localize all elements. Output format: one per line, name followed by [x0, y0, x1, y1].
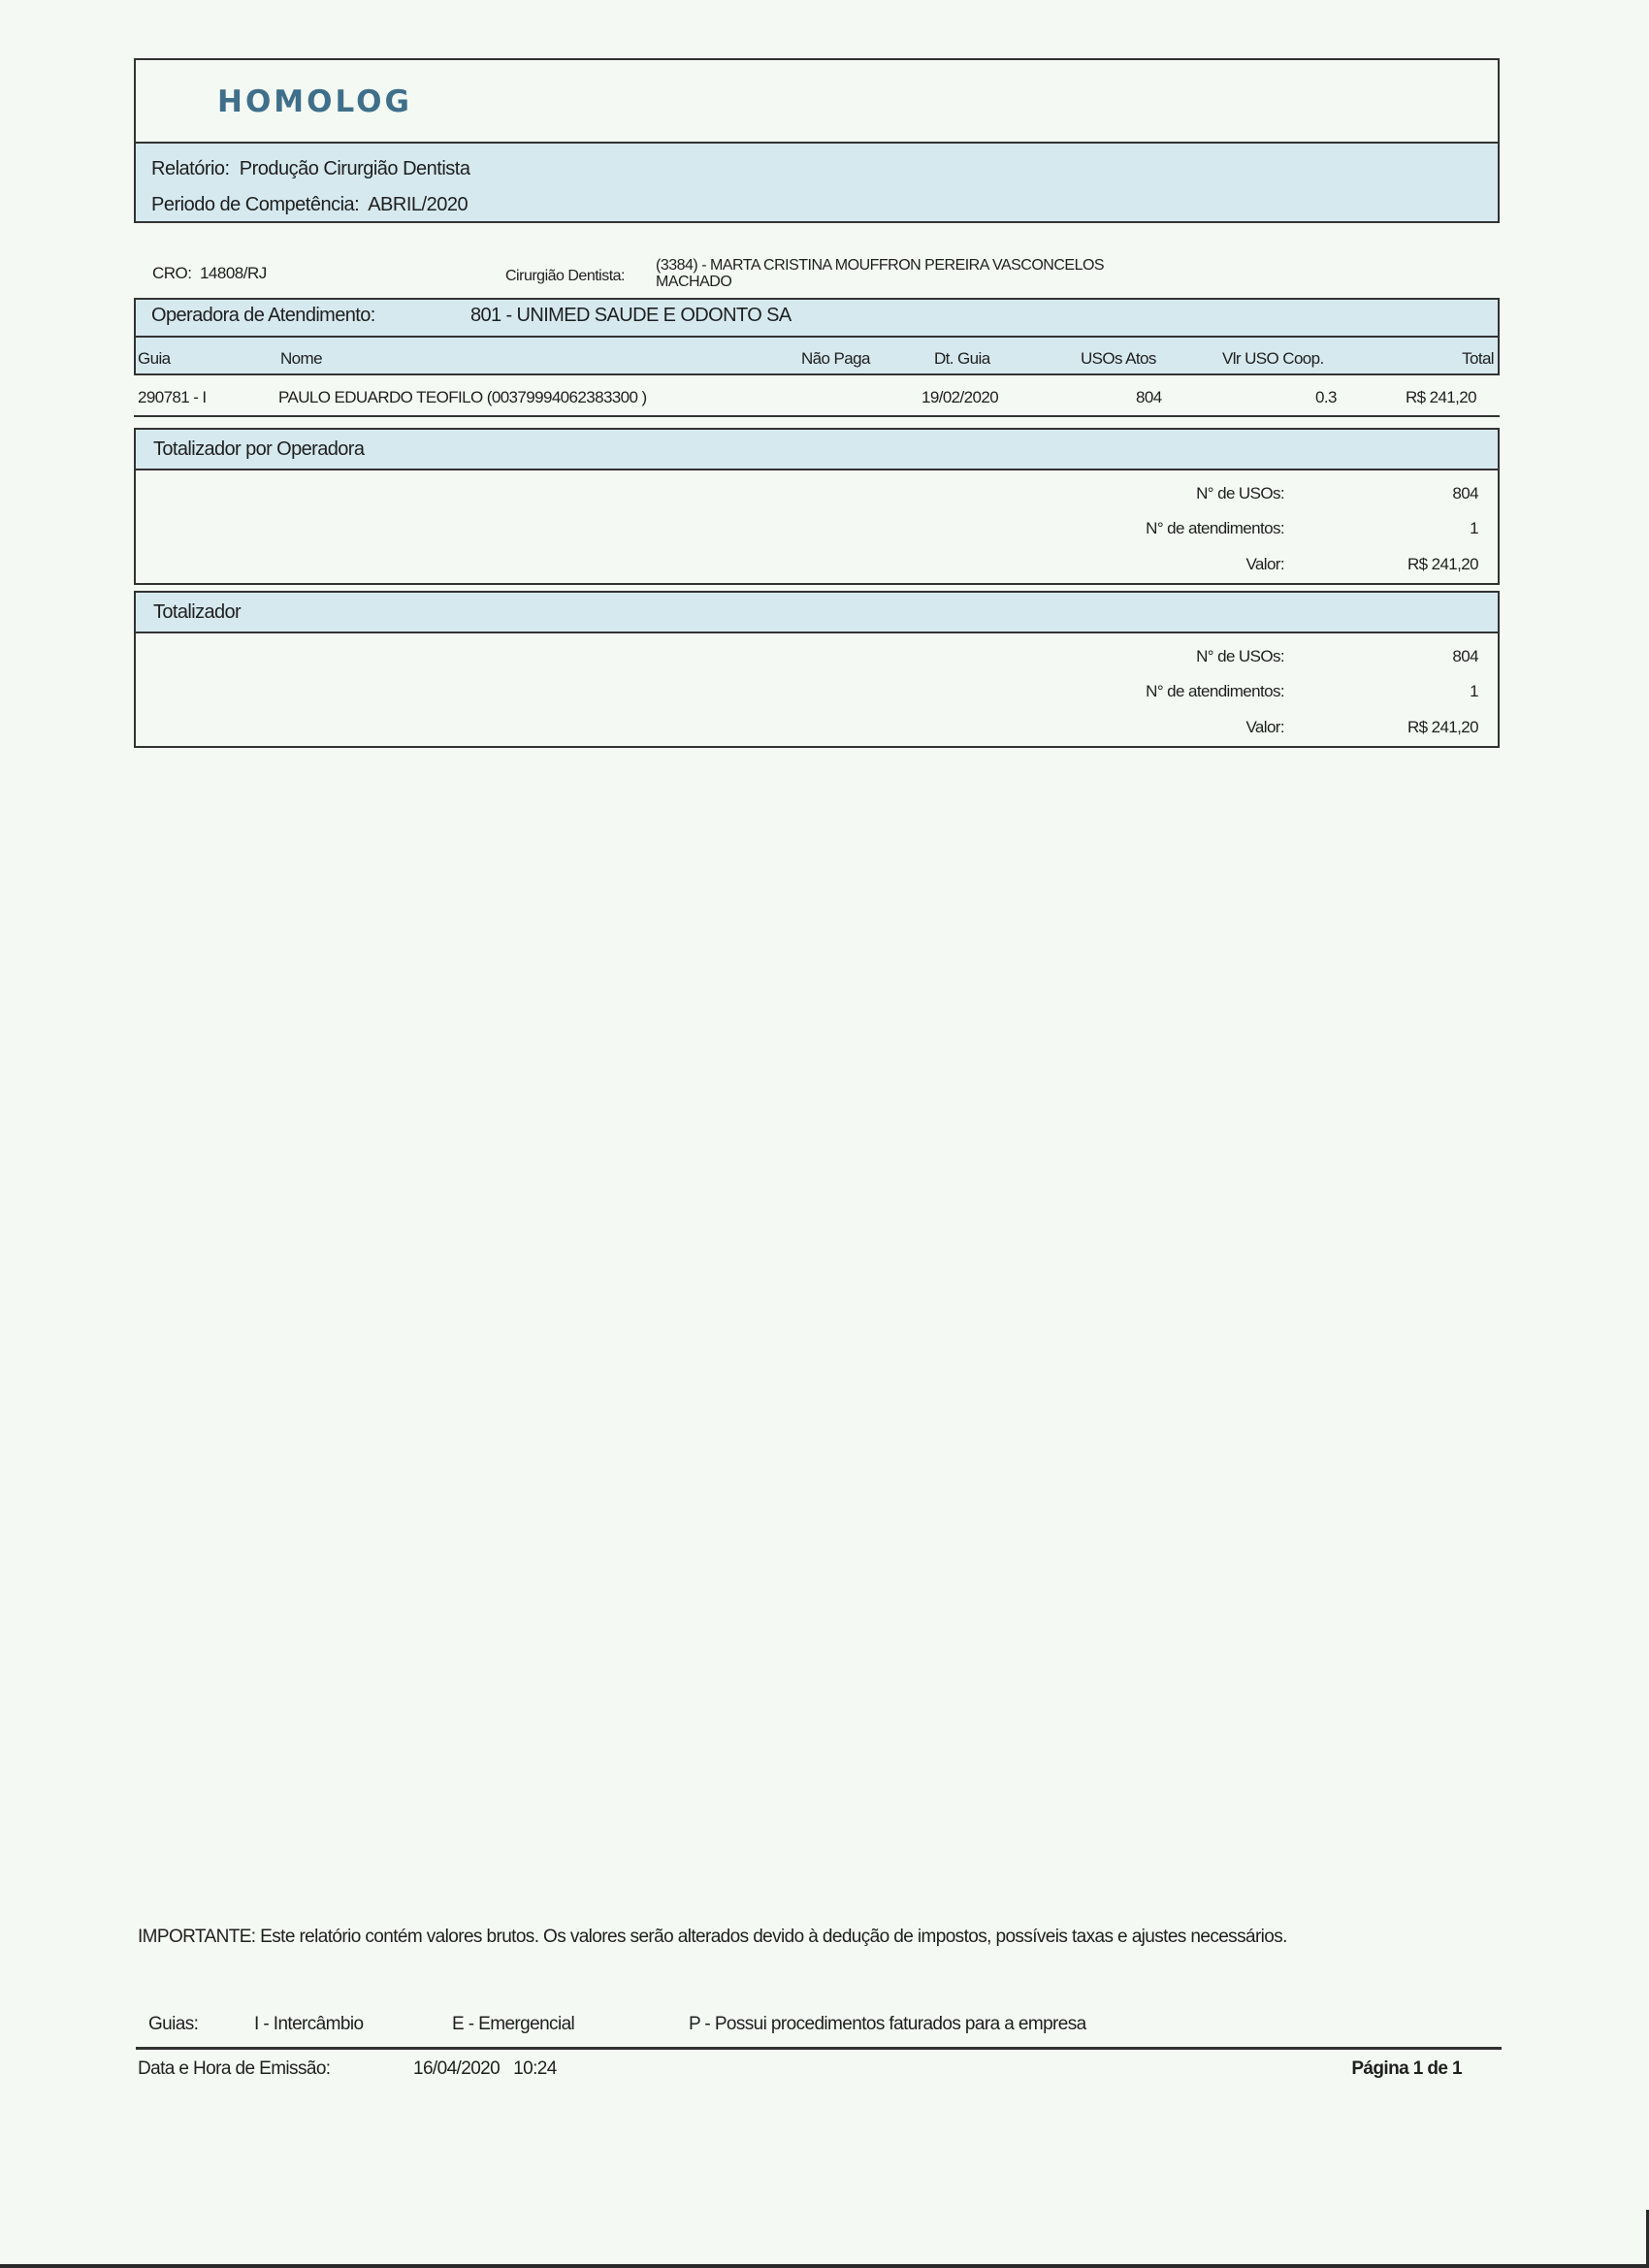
page-number: Página 1 de 1: [1351, 2058, 1462, 2080]
cro-label: CRO:: [152, 264, 192, 282]
totalizador-operadora-title: Totalizador por Operadora: [153, 438, 364, 461]
important-note: IMPORTANTE: Este relatório contém valore…: [138, 1926, 1428, 1949]
cell-usos-atos: 804: [1136, 388, 1162, 407]
report-title: Relatório: Produção Cirurgião Dentista: [151, 158, 469, 180]
dentist-name-line2: MACHADO: [656, 274, 1104, 290]
atendimentos-label: N° de atendimentos:: [1146, 682, 1284, 701]
scan-edge: [0, 2264, 1649, 2268]
totalizador-operadora: Totalizador por Operadora N° de USOs: 80…: [134, 428, 1500, 585]
usos-value: 804: [1452, 484, 1478, 503]
dentist-name-line1: (3384) - MARTA CRISTINA MOUFFRON PEREIRA…: [656, 257, 1104, 274]
legend-label: Guias:: [148, 2014, 198, 2035]
valor-label: Valor:: [1245, 718, 1284, 737]
homolog-logo: HOMOLOG: [217, 84, 412, 119]
operadora-table: Operadora de Atendimento: 801 - UNIMED S…: [134, 298, 1500, 375]
cell-vlr-uso-coop: 0.3: [1315, 388, 1337, 407]
period-label: Periodo de Competência:: [151, 194, 359, 215]
emission-label: Data e Hora de Emissão:: [138, 2058, 330, 2080]
col-usos-atos: USOs Atos: [1081, 349, 1156, 369]
col-total: Total: [1462, 349, 1494, 369]
col-guia: Guia: [138, 349, 171, 369]
emission-value: 16/04/2020 10:24: [413, 2058, 557, 2080]
report-label: Relatório:: [151, 158, 230, 179]
atendimentos-value: 1: [1470, 519, 1478, 538]
report-header: HOMOLOG Relatório: Produção Cirurgião De…: [134, 58, 1500, 223]
legend-intercambio: I - Intercâmbio: [254, 2014, 363, 2035]
col-nao-paga: Não Paga: [801, 349, 870, 369]
usos-label: N° de USOs:: [1196, 647, 1284, 666]
totalizador-operadora-header: Totalizador por Operadora: [136, 430, 1498, 470]
operadora-label: Operadora de Atendimento:: [151, 305, 375, 327]
valor-value: R$ 241,20: [1407, 718, 1478, 737]
usos-label: N° de USOs:: [1196, 484, 1284, 503]
row-divider: [134, 415, 1500, 417]
cell-nome: PAULO EDUARDO TEOFILO (00379994062383300…: [278, 388, 647, 407]
totalizador: Totalizador N° de USOs: 804 N° de atendi…: [134, 591, 1500, 748]
report-info-band: Relatório: Produção Cirurgião Dentista P…: [136, 144, 1498, 221]
totalizador-title: Totalizador: [153, 601, 241, 624]
col-nome: Nome: [280, 349, 322, 369]
footer-divider: [136, 2047, 1502, 2050]
cro: CRO: 14808/RJ: [152, 264, 267, 283]
dentist-name: (3384) - MARTA CRISTINA MOUFFRON PEREIRA…: [656, 257, 1104, 290]
cell-total: R$ 241,20: [1406, 388, 1476, 407]
operadora-header: Operadora de Atendimento: 801 - UNIMED S…: [136, 300, 1498, 338]
cell-guia: 290781 - I: [138, 388, 207, 407]
usos-value: 804: [1452, 647, 1478, 666]
valor-label: Valor:: [1245, 555, 1284, 574]
report-period: Periodo de Competência: ABRIL/2020: [151, 194, 468, 216]
dentist-label: Cirurgião Dentista:: [505, 268, 625, 285]
legend-empresa: P - Possui procedimentos faturados para …: [689, 2014, 1086, 2035]
col-dt-guia: Dt. Guia: [934, 349, 990, 369]
atendimentos-value: 1: [1470, 682, 1478, 701]
legend-emergencial: E - Emergencial: [452, 2014, 574, 2035]
cell-dt-guia: 19/02/2020: [921, 388, 998, 407]
totalizador-header: Totalizador: [136, 593, 1498, 633]
valor-value: R$ 241,20: [1407, 555, 1478, 574]
report-value: Produção Cirurgião Dentista: [240, 158, 470, 179]
cro-value: 14808/RJ: [200, 264, 267, 282]
col-vlr-uso-coop: Vlr USO Coop.: [1222, 349, 1324, 369]
column-headers: Guia Nome Não Paga Dt. Guia USOs Atos Vl…: [136, 338, 1498, 373]
period-value: ABRIL/2020: [368, 194, 468, 215]
logo-area: HOMOLOG: [136, 60, 1498, 144]
atendimentos-label: N° de atendimentos:: [1146, 519, 1284, 538]
operadora-value: 801 - UNIMED SAUDE E ODONTO SA: [470, 305, 792, 327]
